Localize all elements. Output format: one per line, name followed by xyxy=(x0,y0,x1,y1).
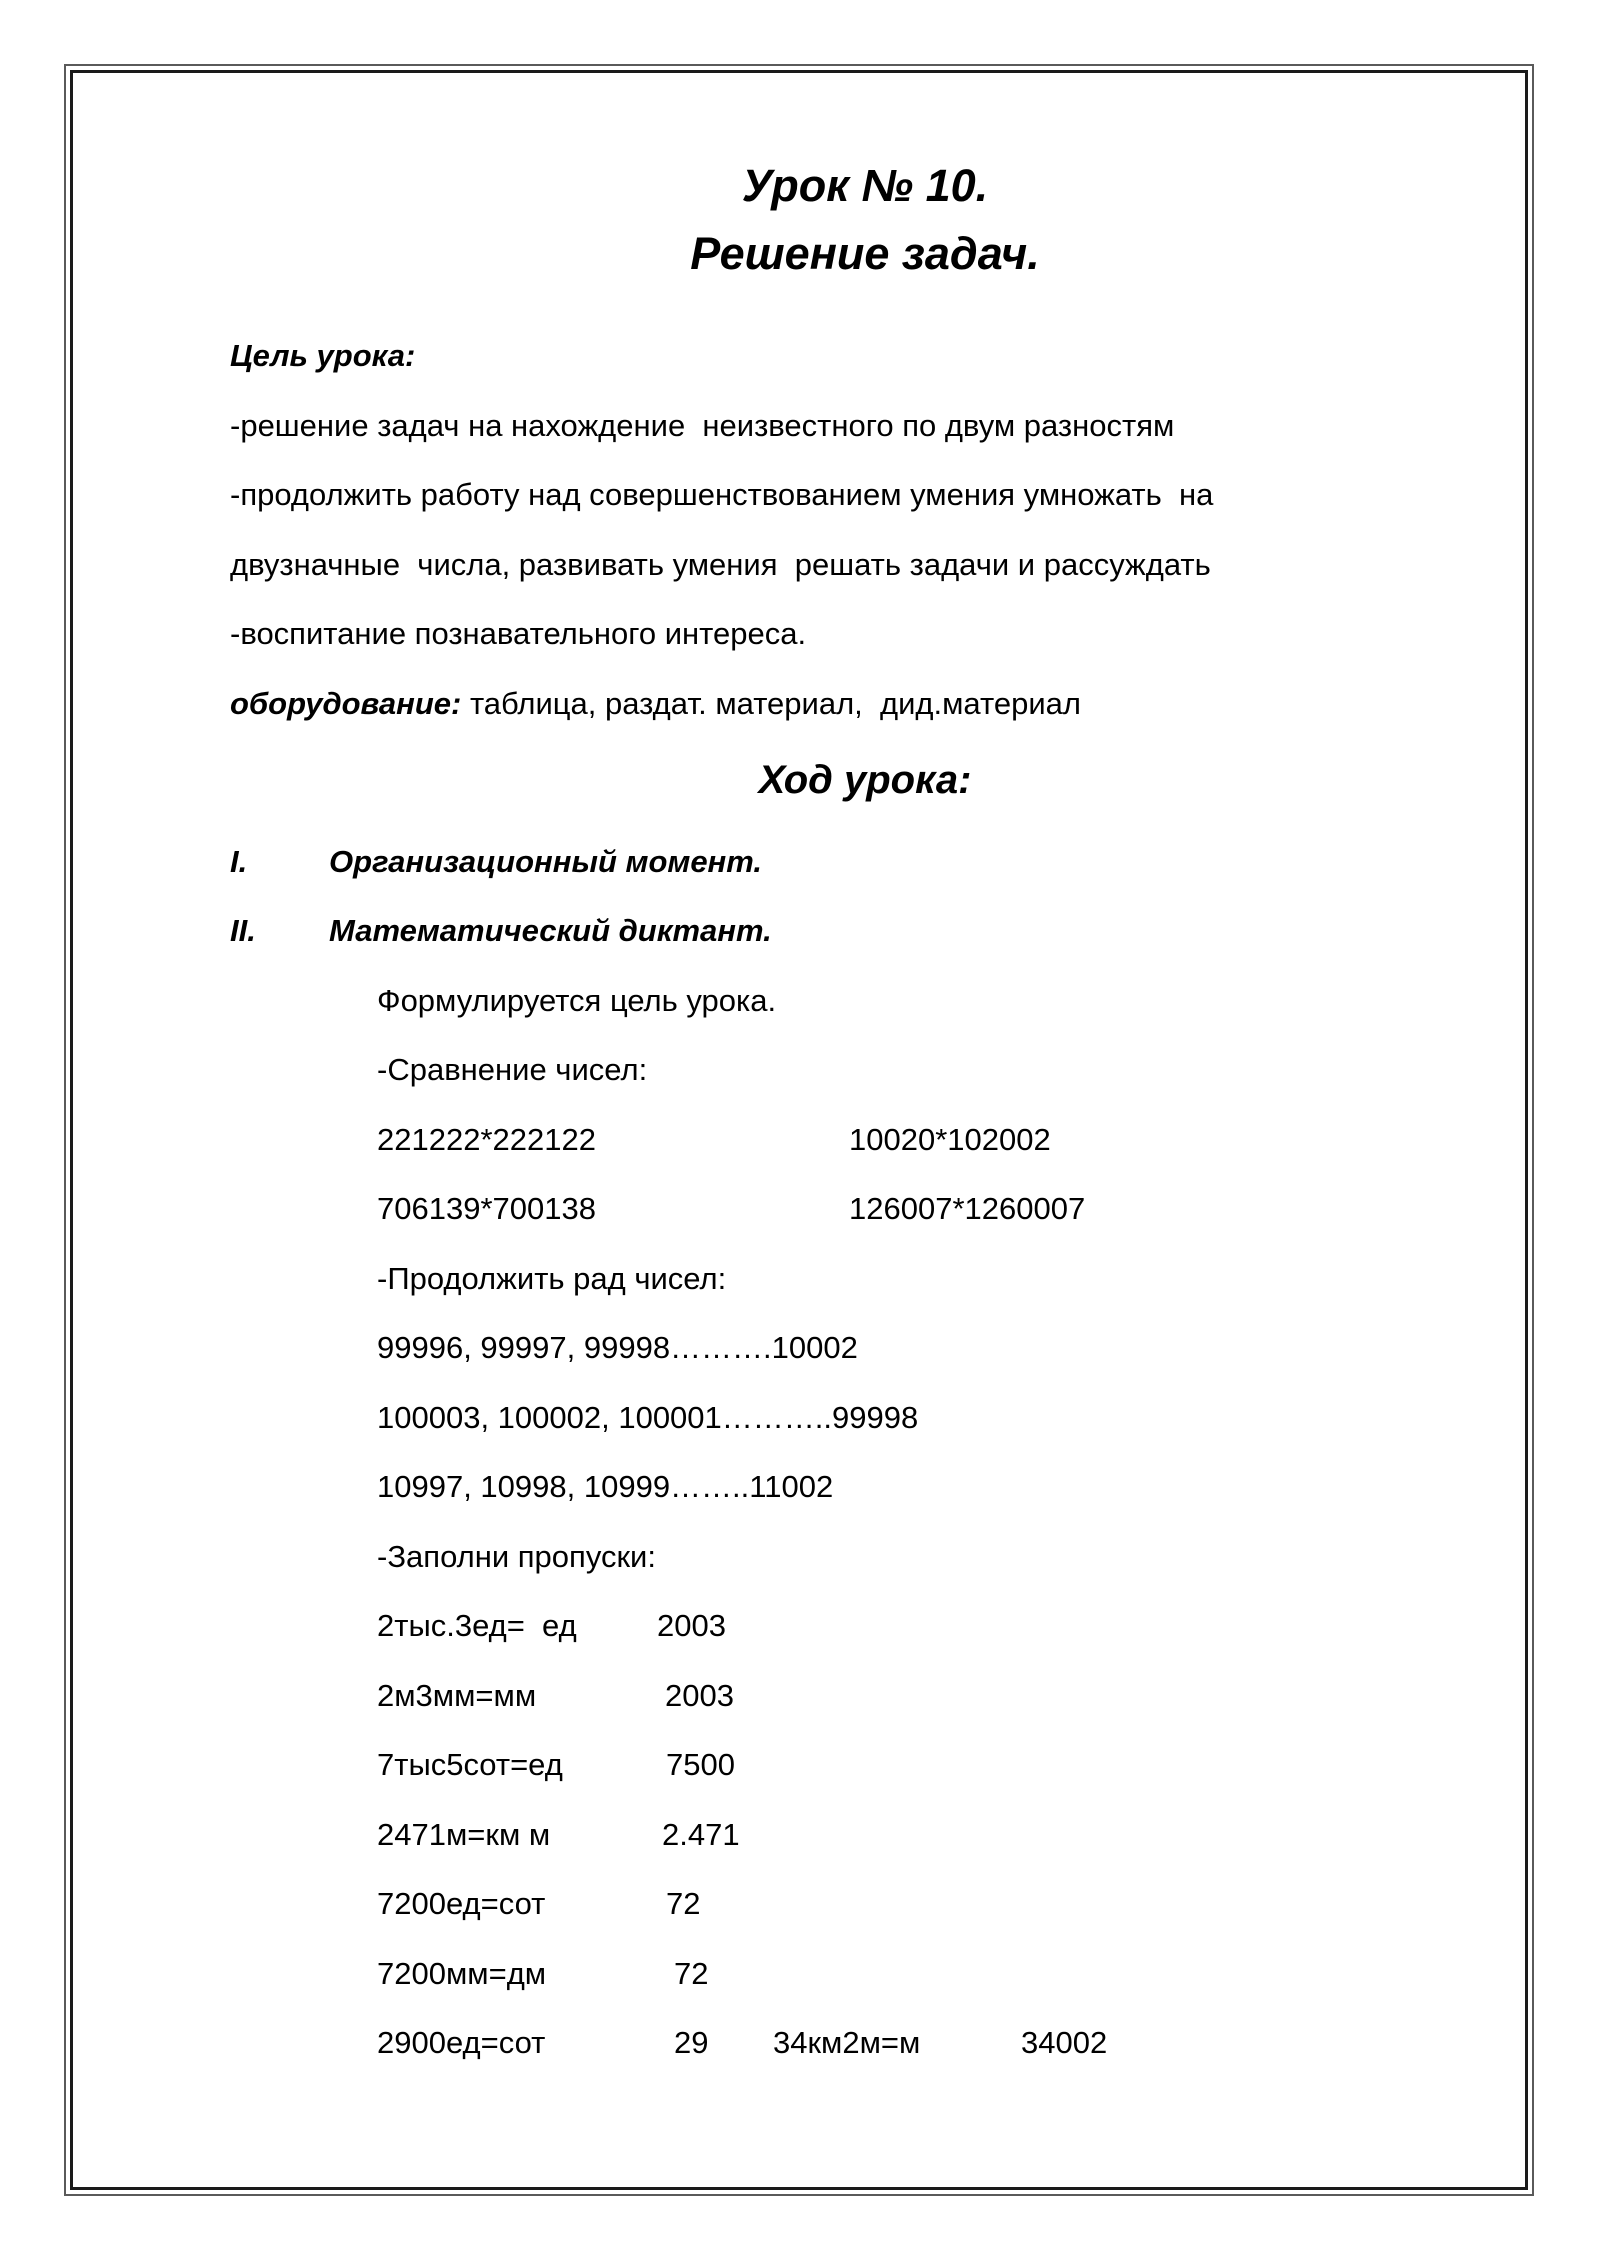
dictation-intro: Формулируется цель урока. xyxy=(377,983,776,1019)
compare-item: 221222*222122 xyxy=(377,1122,596,1158)
fill-answer: 29 xyxy=(674,2025,708,2061)
section-title: Организационный момент. xyxy=(329,844,762,880)
sequence-item: 99996, 99997, 99998……….10002 xyxy=(377,1330,858,1366)
course-heading: Ход урока: xyxy=(0,757,1600,803)
fill-expression-extra: 34км2м=м xyxy=(773,2025,920,2061)
compare-label: -Сравнение чисел: xyxy=(377,1052,647,1088)
goal-line: -воспитание познавательного интереса. xyxy=(230,616,806,652)
fill-expression: 2900ед=сот xyxy=(377,2025,545,2061)
sequence-item: 100003, 100002, 100001………..99998 xyxy=(377,1400,918,1436)
fill-answer: 2003 xyxy=(657,1608,726,1644)
page-border-inner xyxy=(70,70,1528,2190)
section-title: Математический диктант. xyxy=(329,913,772,949)
goal-line: двузначные числа, развивать умения решат… xyxy=(230,547,1211,583)
section-number: II. xyxy=(230,913,256,949)
sequence-item: 10997, 10998, 10999……..11002 xyxy=(377,1469,833,1505)
fill-label: -Заполни пропуски: xyxy=(377,1539,656,1575)
fill-answer: 7500 xyxy=(666,1747,735,1783)
equipment-line: оборудование: таблица, раздат. материал,… xyxy=(230,686,1081,722)
fill-answer: 72 xyxy=(674,1956,708,1992)
fill-answer: 2003 xyxy=(665,1678,734,1714)
fill-answer: 2.471 xyxy=(662,1817,740,1853)
equipment-label: оборудование: xyxy=(230,686,461,721)
fill-expression: 7200мм=дм xyxy=(377,1956,546,1992)
fill-expression: 2тыс.3ед= ед xyxy=(377,1608,577,1644)
goal-label: Цель урока: xyxy=(230,338,415,374)
compare-item: 10020*102002 xyxy=(849,1122,1051,1158)
fill-answer-extra: 34002 xyxy=(1021,2025,1107,2061)
compare-item: 706139*700138 xyxy=(377,1191,596,1227)
compare-item: 126007*1260007 xyxy=(849,1191,1085,1227)
fill-expression: 2м3мм=мм xyxy=(377,1678,536,1714)
fill-answer: 72 xyxy=(666,1886,700,1922)
sequence-label: -Продолжить рад чисел: xyxy=(377,1261,726,1297)
fill-expression: 7тыс5сот=ед xyxy=(377,1747,563,1783)
section-number: I. xyxy=(230,844,247,880)
equipment-text: таблица, раздат. материал, дид.материал xyxy=(461,686,1081,721)
fill-expression: 2471м=км м xyxy=(377,1817,550,1853)
lesson-number-title: Урок № 10. xyxy=(0,160,1600,212)
fill-expression: 7200ед=сот xyxy=(377,1886,545,1922)
lesson-topic-title: Решение задач. xyxy=(0,228,1600,280)
goal-line: -продолжить работу над совершенствование… xyxy=(230,477,1213,513)
goal-line: -решение задач на нахождение неизвестног… xyxy=(230,408,1174,444)
